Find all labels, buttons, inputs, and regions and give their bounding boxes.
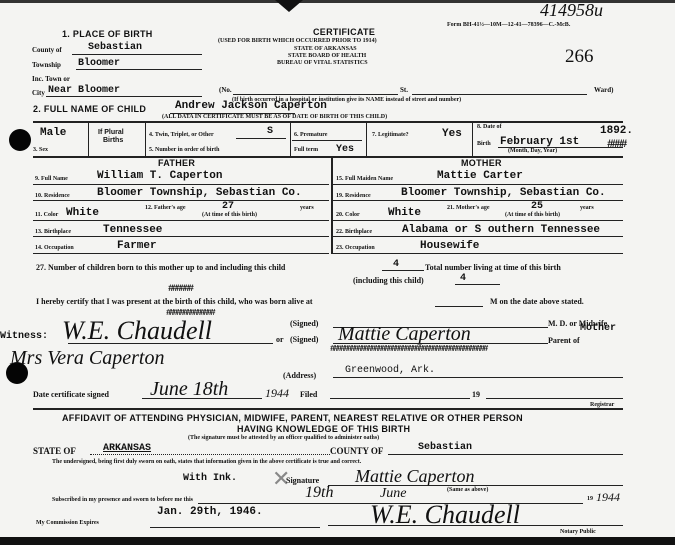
certify-statement: I hereby certify that I was present at t… [36, 297, 313, 306]
father-birthplace-value: Tennessee [103, 224, 162, 236]
legitimate-label: 7. Legitimate? [372, 132, 409, 138]
mother-age-value: 25 [531, 201, 543, 212]
mother-birthplace-label: 22. Birthplace [336, 229, 372, 235]
mother-residence-value: Bloomer Township, Sebastian Co. [401, 187, 606, 199]
subscribed-year-prefix: 19 [587, 496, 593, 502]
full-term-label: Full term [294, 147, 318, 153]
affidavit-heading: AFFIDAVIT OF ATTENDING PHYSICIAN, MIDWIF… [62, 413, 523, 423]
sex-value: Male [40, 127, 66, 139]
father-name-value: William T. Caperton [97, 170, 222, 182]
date-of-birth-label-2: Birth [477, 141, 491, 147]
affidavit-state-value: ARKANSAS [103, 443, 151, 454]
filed-label: Filed [300, 390, 317, 399]
street-label: St. [400, 86, 408, 94]
signed-label-2: (Signed) [290, 335, 318, 344]
father-heading: FATHER [158, 158, 195, 168]
witness2-signature: Mrs Vera Caperton [10, 347, 164, 370]
affidavit-county-label: COUNTY OF [330, 446, 383, 456]
mother-color-value: White [388, 207, 421, 219]
or-label: or [276, 335, 284, 344]
father-residence-label: 10. Residence [35, 193, 70, 199]
father-age-note: (At time of this birth) [202, 212, 257, 218]
father-birthplace-label: 13. Birthplace [35, 229, 71, 235]
father-name-label: 9. Full Name [35, 176, 68, 182]
address-value: Greenwood, Ark. [345, 365, 435, 376]
with-ink-label: With Ink. [183, 473, 237, 484]
notary-label: Notary Public [560, 529, 596, 535]
parent-value: Mother [580, 323, 616, 334]
father-occupation-value: Farmer [117, 240, 157, 252]
legitimate-value: Yes [442, 128, 462, 140]
children-born-value: 4 [393, 259, 399, 270]
city-label: City [32, 89, 45, 97]
certificate-subtitle: (USED FOR BIRTH WHICH OCCURRED PRIOR TO … [218, 38, 377, 44]
township-label: Township [32, 61, 61, 69]
mother-name-value: Mattie Carter [437, 170, 523, 182]
board-line: STATE BOARD OF HEALTH [288, 53, 366, 59]
mother-age-label: 21. Mother's age [447, 205, 490, 211]
witness-signature: W.E. Chaudell [62, 316, 212, 346]
sex-label: 3. Sex [33, 147, 48, 153]
premature-label: 6. Premature [294, 132, 327, 138]
father-age-label: 12. Father's age [145, 205, 186, 211]
date-signed-label: Date certificate signed [33, 390, 109, 399]
children-count-label: 27. Number of children born to this moth… [36, 263, 285, 272]
county-value: Sebastian [88, 42, 142, 53]
struck-word: ###### [168, 284, 192, 295]
county-label: County of [32, 46, 62, 54]
order-label: 5. Number in order of birth [149, 147, 219, 153]
data-note: (ALL DATA IN CERTIFICATE MUST BE AS OF D… [162, 114, 387, 120]
witness-label: Witness: [0, 331, 48, 342]
twin-value: S [267, 126, 273, 137]
child-name-label: 2. FULL NAME OF CHILD [33, 104, 146, 114]
place-of-birth-heading: 1. PLACE OF BIRTH [62, 29, 153, 39]
father-residence-value: Bloomer Township, Sebastian Co. [97, 187, 302, 199]
mother-heading: MOTHER [461, 158, 502, 168]
commission-value: Jan. 29th, 1946. [157, 506, 263, 518]
mother-occupation-label: 23. Occupation [336, 245, 375, 251]
mother-color-label: 20. Color [336, 212, 360, 218]
mother-occupation-value: Housewife [420, 240, 479, 252]
mother-residence-label: 19. Residence [336, 193, 371, 199]
time-suffix: M on the date above stated. [490, 297, 584, 306]
date-signed-year: 1944 [265, 386, 289, 401]
ward-label: Ward) [594, 86, 613, 94]
parent-label: Parent of [548, 336, 580, 345]
father-color-value: White [66, 207, 99, 219]
bottom-border [0, 537, 675, 545]
plural-label: If Plural [98, 129, 124, 136]
plural-label-2: Births [103, 137, 123, 144]
commission-label: My Commission Expires [36, 520, 99, 526]
mother-name-label: 15. Full Maiden Name [336, 176, 393, 182]
father-color-label: 11. Color [35, 212, 58, 218]
affidavit-note: (The signature must be attested by an of… [188, 435, 379, 441]
bureau-line: BUREAU OF VITAL STATISTICS [277, 60, 368, 66]
form-number: Form BH-41½—10M—12-41—78396—C.-McB. [447, 22, 570, 28]
living-label: Total number living at time of this birt… [425, 263, 561, 272]
street-no-label: (No. [219, 86, 232, 94]
punch-hole [9, 129, 31, 151]
handwritten-file-number: 414958u [540, 0, 603, 21]
full-term-value: Yes [336, 144, 354, 155]
father-age-unit: years [300, 205, 314, 211]
certificate-number: 266 [565, 46, 594, 68]
city-value: Near Bloomer [48, 85, 120, 96]
including-label: (including this child) [353, 276, 424, 285]
child-name-value: Andrew Jackson Caperton [175, 100, 327, 112]
oath-text: The undersigned, being first duly sworn … [52, 459, 361, 465]
subscribed-day: 19th [305, 484, 333, 502]
mother-age-unit: years [580, 205, 594, 211]
birth-year-struck: #### [607, 139, 625, 151]
affidavit-heading-2: HAVING KNOWLEDGE OF THIS BIRTH [237, 424, 410, 434]
top-tab-mark [275, 0, 303, 12]
mother-age-note: (At time of this birth) [505, 212, 560, 218]
birth-year-value: 1892. [600, 125, 633, 137]
signed-label-1: (Signed) [290, 319, 318, 328]
township-value: Bloomer [78, 58, 120, 69]
affidavit-signature: Mattie Caperton [355, 466, 475, 487]
state-line: STATE OF ARKANSAS [294, 46, 357, 52]
filed-year-prefix: 19 [472, 390, 480, 399]
struck-row: ########################################… [330, 344, 486, 354]
children-living-value: 4 [460, 273, 466, 284]
father-occupation-label: 14. Occupation [35, 245, 74, 251]
subscribed-label: Subscribed in my presence and sworn to b… [52, 497, 193, 503]
address-label: (Address) [283, 371, 316, 380]
affidavit-county-value: Sebastian [418, 442, 472, 453]
date-of-birth-label: 8. Date of [477, 124, 502, 130]
same-as-above: (Same as above) [447, 487, 488, 493]
inc-town-label: Inc. Town or [32, 75, 70, 83]
certificate-title: CERTIFICATE [313, 27, 375, 37]
date-format-note: (Month, Day, Year) [508, 148, 557, 154]
mother-birthplace-value: Alabama or S outhern Tennessee [402, 224, 600, 236]
affidavit-state-label: STATE OF [33, 446, 76, 456]
twin-label: 4. Twin, Triplet, or Other [149, 132, 214, 138]
subscribed-year: 1944 [596, 490, 620, 505]
father-age-value: 27 [222, 201, 234, 212]
